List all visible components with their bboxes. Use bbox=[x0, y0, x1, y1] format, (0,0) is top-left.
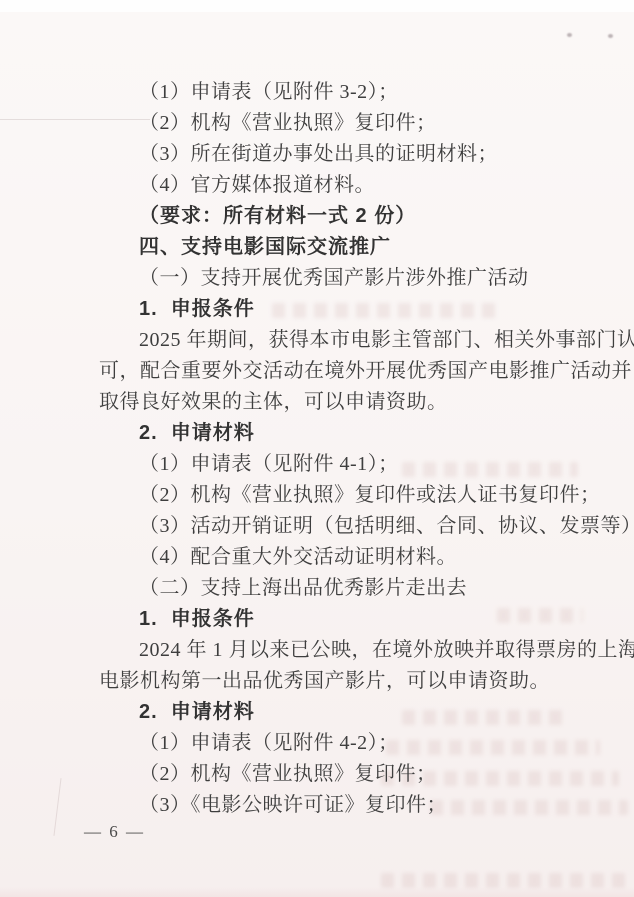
subsection-heading: （二）支持上海出品优秀影片走出去 bbox=[99, 573, 569, 604]
requirement-note: （要求：所有材料一式 2 份） bbox=[99, 201, 569, 232]
bleedthrough-artifact bbox=[381, 873, 629, 888]
list-item: （2）机构《营业执照》复印件； bbox=[99, 759, 569, 790]
paper-crease bbox=[53, 778, 61, 836]
list-item: （4）官方媒体报道材料。 bbox=[99, 170, 569, 201]
numbered-heading: 1. 申报条件 bbox=[99, 604, 569, 635]
paragraph-line: 2024 年 1 月以来已公映，在境外放映并取得票房的上海 bbox=[99, 635, 569, 666]
list-item: （2）机构《营业执照》复印件或法人证书复印件； bbox=[99, 480, 569, 511]
list-item: （3）《电影公映许可证》复印件； bbox=[99, 790, 569, 821]
paragraph-line: 取得良好效果的主体，可以申请资助。 bbox=[99, 387, 569, 418]
scan-edge-top bbox=[0, 0, 634, 12]
numbered-heading: 2. 申请材料 bbox=[99, 697, 569, 728]
list-item: （4）配合重大外交活动证明材料。 bbox=[99, 542, 569, 573]
scanned-document-page: （1）申请表（见附件 3-2）； （2）机构《营业执照》复印件； （3）所在街道… bbox=[0, 0, 634, 897]
paragraph-line: 2025 年期间，获得本市电影主管部门、相关外事部门认 bbox=[99, 325, 569, 356]
scan-edge-bottom bbox=[0, 887, 634, 897]
list-item: （3）活动开销证明（包括明细、合同、协议、发票等）； bbox=[99, 511, 569, 542]
numbered-heading: 2. 申请材料 bbox=[99, 418, 569, 449]
list-item: （1）申请表（见附件 3-2）； bbox=[99, 77, 569, 108]
list-item: （1）申请表（见附件 4-2）； bbox=[99, 728, 569, 759]
list-item: （3）所在街道办事处出具的证明材料； bbox=[99, 139, 569, 170]
subsection-heading: （一）支持开展优秀国产影片涉外推广活动 bbox=[99, 263, 569, 294]
page-number: — 6 — bbox=[84, 822, 145, 842]
scan-speck bbox=[608, 34, 613, 38]
numbered-heading: 1. 申报条件 bbox=[99, 294, 569, 325]
list-item: （1）申请表（见附件 4-1）； bbox=[99, 449, 569, 480]
paragraph-line: 电影机构第一出品优秀国产影片，可以申请资助。 bbox=[99, 666, 569, 697]
list-item: （2）机构《营业执照》复印件； bbox=[99, 108, 569, 139]
section-heading: 四、支持电影国际交流推广 bbox=[99, 232, 569, 263]
scan-speck bbox=[567, 33, 572, 37]
paragraph-line: 可，配合重要外交活动在境外开展优秀国产电影推广活动并 bbox=[99, 356, 569, 387]
document-body: （1）申请表（见附件 3-2）； （2）机构《营业执照》复印件； （3）所在街道… bbox=[99, 77, 569, 821]
